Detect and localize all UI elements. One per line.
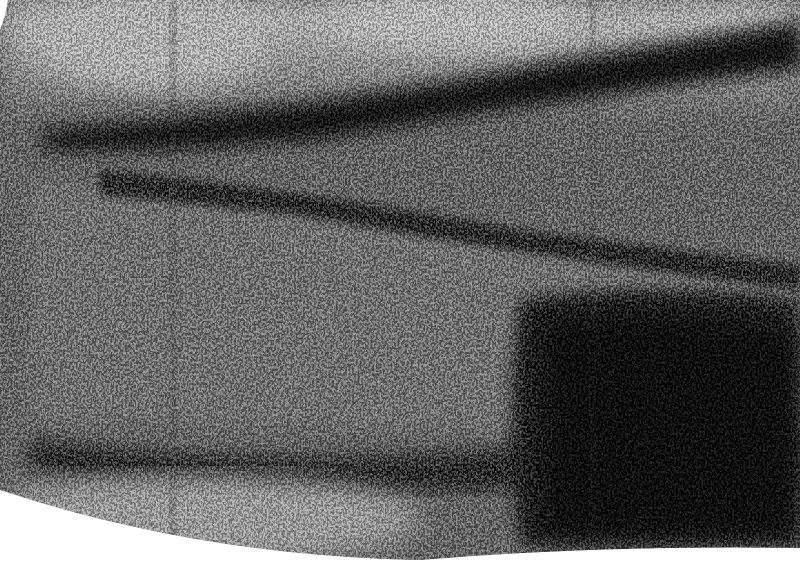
- halftone-artwork: [0, 0, 800, 566]
- halftone-print: Abstract high-contrast black and white h…: [0, 0, 800, 566]
